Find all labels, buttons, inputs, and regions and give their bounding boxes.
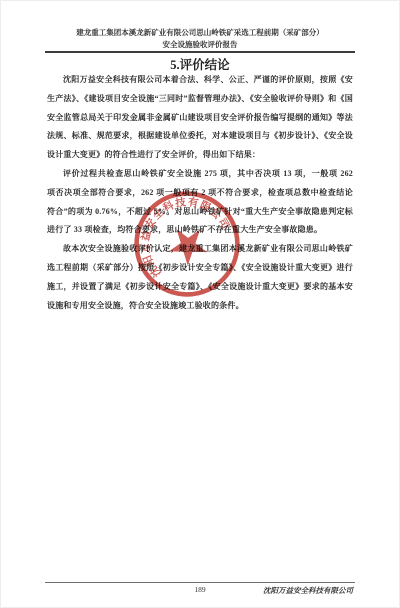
page-header: 建龙重工集团本溪龙新矿业有限公司思山岭铁矿采选工程前期（采矿部分） 安全设施验收… [40, 27, 360, 50]
paragraph-1: 沈阳万益安全科技有限公司本着合法、科学、公正、严谨的评价原则，按照《安全 生产法… [47, 71, 353, 165]
header-rule [45, 51, 355, 53]
body-line: 设施和专用安全设施，符合安全设施竣工验收的条件。 [47, 297, 353, 316]
report-body: 沈阳万益安全科技有限公司本着合法、科学、公正、严谨的评价原则，按照《安全 生产法… [47, 71, 353, 315]
page-footer: 189 沈阳万益安全科技有限公司 [47, 585, 353, 598]
footer-rule [45, 582, 355, 583]
body-line: 安全监管总局关于印发金属非金属矿山建设项目安全评价报告编写提纲的通知》等法律、 [47, 109, 353, 128]
body-line: 法规、标准、规范要求，根据建设单位委托，对本建设项目与《初步设计》、《安全设施 [47, 127, 353, 146]
body-line: 沈阳万益安全科技有限公司本着合法、科学、公正、严谨的评价原则，按照《安全 [47, 71, 353, 90]
body-line: 评价过程共检查思山岭铁矿安全设施 275 项，其中否决项 13 项，一般项 26… [47, 165, 353, 184]
body-line: 故本次安全设施验收评价认定，建龙重工集团本溪龙新矿业有限公司思山岭铁矿采 [47, 240, 353, 259]
body-line: 项否决项全部符合要求，262 项一般项有 2 项不符合要求，检查项总数中检查结论… [47, 184, 353, 203]
body-line: 选工程前期（采矿部分）按照《初步设计安全专篇》、《安全设施设计重大变更》进行了 [47, 259, 353, 278]
body-line: 生产法》、《建设项目安全设施“三同时”监督管理办法》、《安全验收评价导则》和《国… [47, 90, 353, 109]
paragraph-3: 故本次安全设施验收评价认定，建龙重工集团本溪龙新矿业有限公司思山岭铁矿采 选工程… [47, 240, 353, 315]
body-line: 符合”的项为 0.76%，不超过 5%。对思山岭铁矿针对“重大生产安全事故隐患判… [47, 203, 353, 222]
footer-company-name: 沈阳万益安全科技有限公司 [263, 585, 353, 596]
header-title-line1: 建龙重工集团本溪龙新矿业有限公司思山岭铁矿采选工程前期（采矿部分） [40, 27, 360, 39]
document-page: { "document": { "header": { "line1": "建龙… [0, 0, 400, 608]
paragraph-2: 评价过程共检查思山岭铁矿安全设施 275 项，其中否决项 13 项，一般项 26… [47, 165, 353, 240]
body-line: 施工，并设置了满足《初步设计安全专篇》、《安全设施设计重大变更》要求的基本安全 [47, 278, 353, 297]
body-line: 进行了 33 项检查，均符合要求，思山岭铁矿不存在重大生产安全事故隐患。 [47, 221, 353, 240]
header-title-line2: 安全设施验收评价报告 [40, 39, 360, 51]
body-line: 设计重大变更》的符合性进行了安全评价，得出如下结果： [47, 146, 353, 165]
